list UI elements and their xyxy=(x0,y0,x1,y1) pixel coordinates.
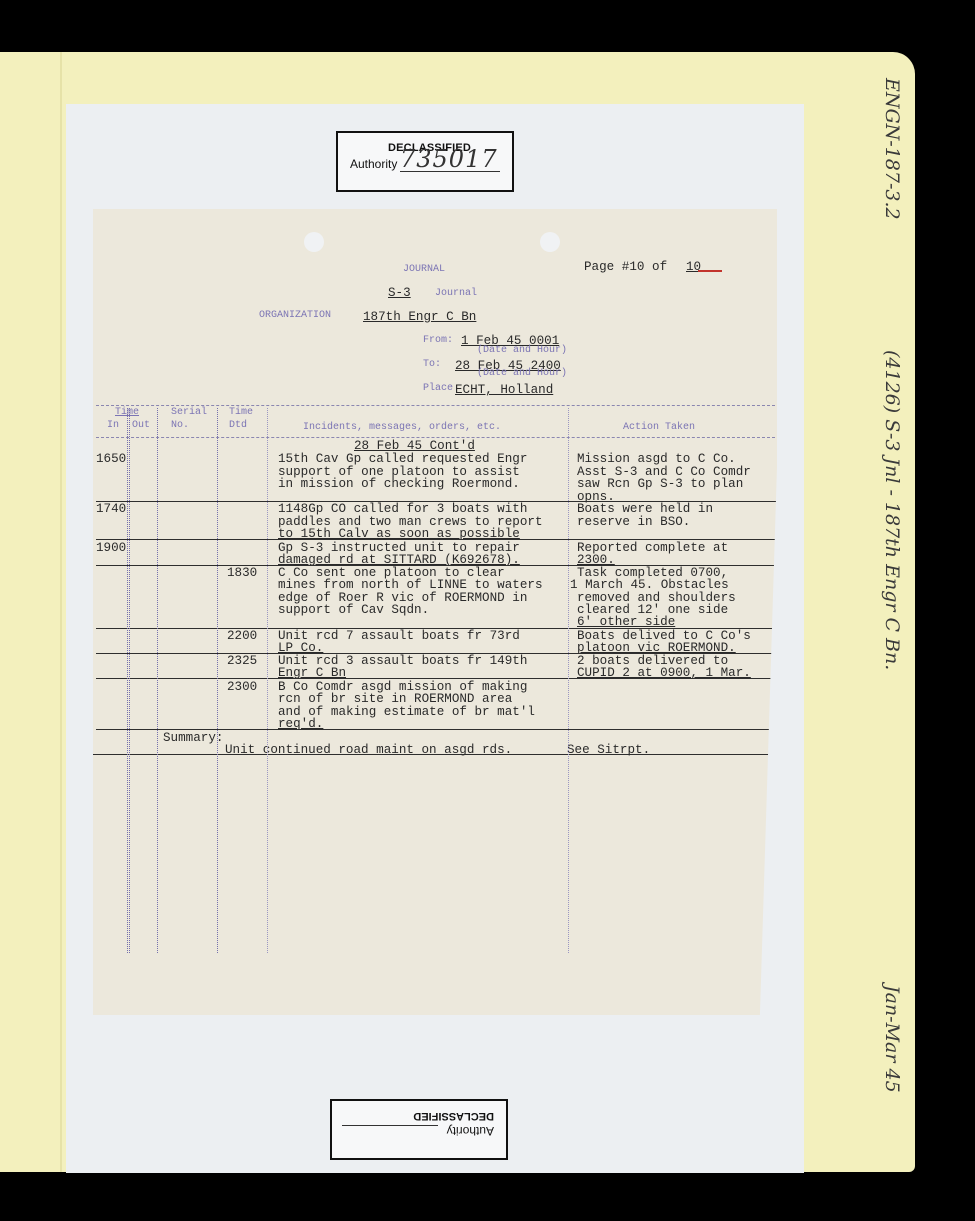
stamp-authority-line xyxy=(400,171,500,172)
entry-1-incident: 15th Cav Gp called requested Engr xyxy=(278,453,527,466)
folder-annotation-file-number: ENGN-187-3.2 xyxy=(881,78,903,220)
entry-2-incident: 1148Gp CO called for 3 boats with xyxy=(278,503,527,516)
entry-7-time-dtd: 2300 xyxy=(227,681,257,694)
entry-1-action: Mission asgd to C Co. xyxy=(577,453,736,466)
entry-4-time-dtd: 1830 xyxy=(227,567,257,580)
form-title: JOURNAL xyxy=(403,265,445,275)
col-serial: Serial xyxy=(171,408,207,418)
column-divider xyxy=(157,408,162,953)
row-rule xyxy=(96,678,780,679)
summary-label: Summary: xyxy=(163,732,223,745)
punch-hole xyxy=(304,232,324,252)
entry-5-time-dtd: 2200 xyxy=(227,630,257,643)
to-hint: (Date and Hour) xyxy=(477,369,567,379)
column-divider xyxy=(267,408,272,953)
col-action: Action Taken xyxy=(623,423,695,433)
entry-2-action: Boats were held in xyxy=(577,503,713,516)
entry-2-action: reserve in BSO. xyxy=(577,516,690,529)
page-total-mark xyxy=(698,270,722,272)
entry-4-action: 1 March 45. Obstacles xyxy=(570,579,729,592)
folder-annotation-title: (4126) S-3 Jnl - 187th Engr C Bn. xyxy=(881,350,903,670)
stamp-authority-line xyxy=(342,1125,438,1126)
folder-annotation-dates: Jan-Mar 45 xyxy=(881,985,903,1093)
stamp-authority-label: Authority xyxy=(447,1124,494,1138)
entry-1-time-in: 1650 xyxy=(96,453,126,466)
declassified-stamp-top: DECLASSIFIED Authority 735017 xyxy=(336,131,514,192)
punch-hole xyxy=(540,232,560,252)
row-rule xyxy=(96,729,780,730)
row-rule xyxy=(96,539,780,540)
to-label: To: xyxy=(423,360,441,370)
declassified-stamp-bottom: Authority DECLASSIFIED xyxy=(330,1099,508,1160)
row-rule xyxy=(93,754,777,755)
entry-3-time-in: 1900 xyxy=(96,542,126,555)
entry-6-time-dtd: 2325 xyxy=(227,655,257,668)
stamp-authority-label: Authority xyxy=(350,157,397,171)
entry-1-incident: in mission of checking Roermond. xyxy=(278,478,520,491)
from-hint: (Date and Hour) xyxy=(477,346,567,356)
journal-type-suffix: Journal xyxy=(435,289,477,299)
date-heading: 28 Feb 45 Cont'd xyxy=(354,440,475,453)
entry-7-incident: rcn of br site in ROERMOND area xyxy=(278,693,512,706)
col-time-in: In xyxy=(107,421,119,431)
page-label: Page #10 of xyxy=(584,261,667,274)
organization-label: ORGANIZATION xyxy=(259,311,331,321)
column-divider xyxy=(129,408,134,953)
col-time-out: Out xyxy=(132,421,150,431)
entry-1-action: saw Rcn Gp S-3 to plan xyxy=(577,478,743,491)
col-serial-no: No. xyxy=(171,421,189,431)
header-rule xyxy=(96,405,780,406)
stamp-authority-signature: 735017 xyxy=(400,145,498,173)
journal-page: JOURNAL Page #10 of 10 S-3 Journal ORGAN… xyxy=(93,209,777,1015)
header-rule xyxy=(96,437,780,438)
entry-4-action: 6' other side xyxy=(577,616,675,629)
folder-crease xyxy=(60,52,62,1172)
organization-value: 187th Engr C Bn xyxy=(363,311,476,324)
col-time-dtd: Time xyxy=(229,408,253,418)
entry-4-incident: support of Cav Sqdn. xyxy=(278,604,429,617)
from-label: From: xyxy=(423,336,453,346)
col-dtd: Dtd xyxy=(229,421,247,431)
place-label: Place xyxy=(423,384,453,394)
stamp-title: DECLASSIFIED xyxy=(413,1110,494,1122)
journal-type: S-3 xyxy=(388,287,411,300)
place-value: ECHT, Holland xyxy=(455,384,553,397)
entry-2-time-in: 1740 xyxy=(96,503,126,516)
column-divider xyxy=(217,408,222,953)
col-incidents: Incidents, messages, orders, etc. xyxy=(303,423,501,433)
column-divider xyxy=(568,408,573,953)
entry-4-incident: mines from north of LINNE to waters xyxy=(278,579,543,592)
